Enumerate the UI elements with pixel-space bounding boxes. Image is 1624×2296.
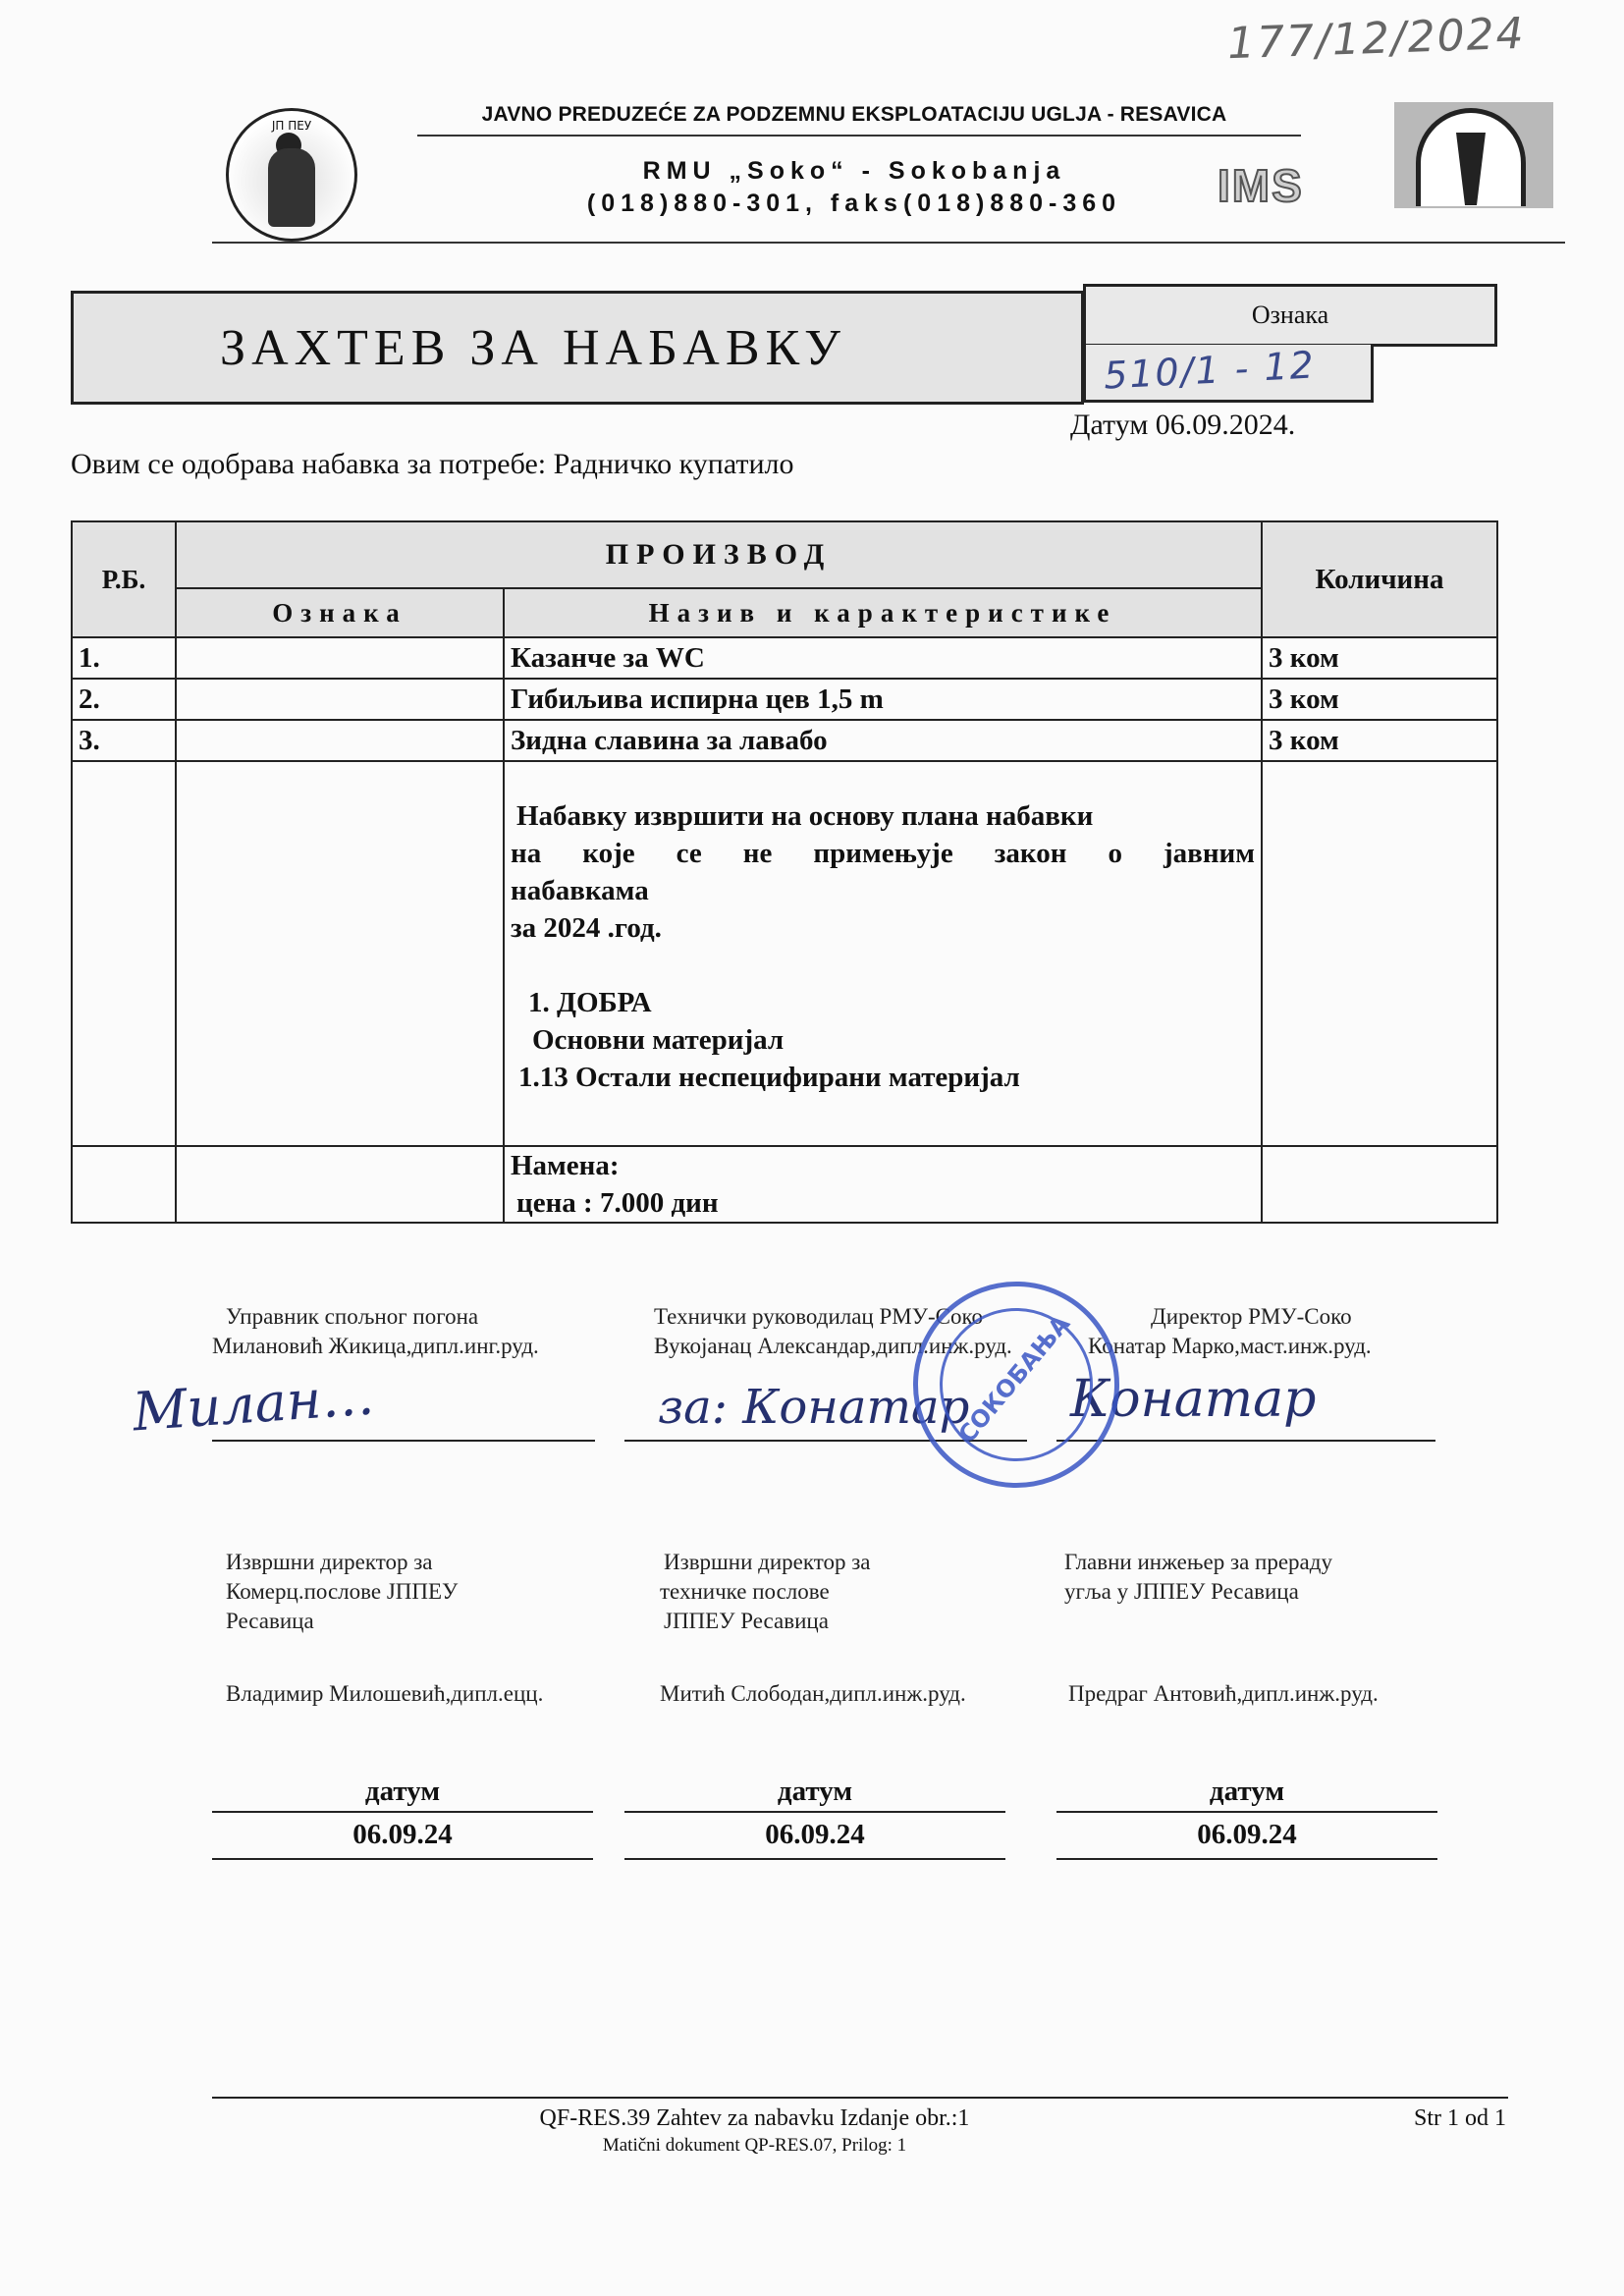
footer-divider: [212, 2097, 1508, 2099]
signatory-title: ЈППЕУ Ресавица: [660, 1607, 1053, 1636]
miner-figure-icon: [268, 148, 315, 227]
signatory-title: Управник спољног погона: [212, 1302, 585, 1332]
reference-label: Ознака: [1083, 284, 1497, 347]
column-header-name: Назив и карактеристике: [504, 588, 1262, 637]
signature-line: [212, 1440, 595, 1442]
empty-cell: [1262, 761, 1497, 1146]
signatory-name: Конатар Марко,маст.инж.руд.: [1088, 1332, 1481, 1361]
price: цена : 7.000 дин: [511, 1184, 1255, 1222]
note-line: набавкама: [511, 872, 1255, 909]
document-date: Датум 06.09.2024.: [1070, 409, 1295, 442]
row-code: [176, 720, 504, 761]
header-divider: [212, 242, 1565, 244]
signatory-name: Митић Слободан,дипл.инж.руд.: [660, 1679, 1053, 1709]
company-logo-miner: ЈП ПЕУ: [226, 108, 357, 242]
footer-form-id: QF-RES.39 Zahtev za nabavku Izdanje obr.…: [212, 2105, 1297, 2132]
signatory-1: Управник спољног погона Милановић Жикица…: [212, 1302, 585, 1361]
signatory-title: Ресавица: [226, 1607, 599, 1636]
signatory-4: Извршни директор за Комерц.послове ЈППЕУ…: [226, 1548, 599, 1709]
official-stamp: СОКОБАЊА: [884, 1252, 1148, 1516]
signature-line: [1056, 1440, 1435, 1442]
row-name: Зидна славина за лавабо: [504, 720, 1262, 761]
date-value: 06.09.24: [1056, 1813, 1437, 1858]
signatory-title: Извршни директор за: [660, 1548, 1053, 1577]
contact-phone: (018)880-301, faks(018)880-360: [422, 190, 1286, 218]
table-row: 1. Казанче за WC 3 ком: [72, 637, 1497, 679]
reference-value-box: 510/1 - 12: [1083, 345, 1374, 403]
signatory-name: Владимир Милошевић,дипл.ецц.: [226, 1679, 599, 1709]
reference-value: 510/1 - 12: [1103, 343, 1317, 397]
date-label: датум: [212, 1776, 593, 1811]
date-value: 06.09.24: [212, 1813, 593, 1858]
empty-cell: [176, 1146, 504, 1223]
table-purpose-row: Намена: цена : 7.000 дин: [72, 1146, 1497, 1223]
date-block-2: датум 06.09.24: [624, 1776, 1005, 1860]
ims-logo-text: IMS: [1218, 159, 1304, 212]
document-title-box: ЗАХТЕВ ЗА НАБАВКУ: [71, 291, 1084, 405]
signatory-3: Директор РМУ-Соко Конатар Марко,маст.инж…: [1088, 1302, 1481, 1361]
signatory-title: угља у ЈППЕУ Ресавица: [1064, 1577, 1477, 1607]
column-header-quantity: Количина: [1262, 521, 1497, 637]
signatory-title: техничке послове: [660, 1577, 1053, 1607]
procurement-items-table: Р.Б. ПРОИЗВОД Количина Ознака Назив и ка…: [71, 520, 1498, 1224]
purpose-label: Намена:: [511, 1147, 1255, 1184]
table-note-row: Набавку извршити на основу плана набавки…: [72, 761, 1497, 1146]
unit-name: RMU „Soko“ - Sokobanja: [422, 157, 1286, 186]
signatory-6: Главни инжењер за прераду угља у ЈППЕУ Р…: [1064, 1548, 1477, 1709]
note-line: 1.13 Остали неспецифирани материјал: [511, 1059, 1255, 1096]
note-line: на које се не примењује закон о јавним: [511, 835, 1255, 872]
row-quantity: 3 ком: [1262, 720, 1497, 761]
handwritten-reference-number: 177/12/2024: [1226, 9, 1526, 70]
column-header-product: ПРОИЗВОД: [176, 521, 1262, 588]
signatory-5: Извршни директор за техничке послове ЈПП…: [660, 1548, 1053, 1709]
date-label: датум: [1056, 1776, 1437, 1811]
table-row: 2. Гибиљива испирна цев 1,5 m 3 ком: [72, 679, 1497, 720]
row-code: [176, 679, 504, 720]
row-quantity: 3 ком: [1262, 637, 1497, 679]
note-line: 1. ДОБРА: [511, 984, 1255, 1021]
procurement-note: Набавку извршити на основу плана набавки…: [504, 761, 1262, 1146]
row-code: [176, 637, 504, 679]
table-row: 3. Зидна славина за лавабо 3 ком: [72, 720, 1497, 761]
row-quantity: 3 ком: [1262, 679, 1497, 720]
signatory-name: Милановић Жикица,дипл.инг.руд.: [212, 1332, 585, 1361]
date-label: датум: [624, 1776, 1005, 1811]
column-header-rb: Р.Б.: [72, 521, 176, 637]
page-number: Str 1 od 1: [1375, 2105, 1506, 2132]
empty-cell: [72, 1146, 176, 1223]
date-value: 06.09.24: [624, 1813, 1005, 1858]
row-name: Казанче за WC: [504, 637, 1262, 679]
purpose-cell: Намена: цена : 7.000 дин: [504, 1146, 1262, 1223]
signatory-name: Предраг Антовић,дипл.инж.руд.: [1064, 1679, 1477, 1709]
signatory-title: Комерц.послове ЈППЕУ: [226, 1577, 599, 1607]
row-number: 3.: [72, 720, 176, 761]
date-block-3: датум 06.09.24: [1056, 1776, 1437, 1860]
ims-logo: IMS: [1218, 102, 1553, 208]
empty-cell: [72, 761, 176, 1146]
signatory-title: Извршни директор за: [226, 1548, 599, 1577]
approval-statement: Овим се одобрава набавка за потребе: Рад…: [71, 448, 794, 481]
empty-cell: [176, 761, 504, 1146]
empty-cell: [1262, 1146, 1497, 1223]
ims-emblem-icon: [1394, 102, 1553, 208]
signatory-title: Главни инжењер за прераду: [1064, 1548, 1477, 1577]
note-line: Набавку извршити на основу плана набавки: [511, 797, 1255, 835]
signature-1: Милан…: [131, 1364, 376, 1443]
company-underline: [417, 135, 1301, 137]
company-name: JAVNO PREDUZEĆE ZA PODZEMNU EKSPLOATACIJ…: [422, 103, 1286, 127]
logo-text: ЈП ПЕУ: [229, 119, 354, 133]
note-line: Основни материјал: [511, 1021, 1255, 1059]
signatory-title: [1064, 1607, 1477, 1636]
column-header-code: Ознака: [176, 588, 504, 637]
signatory-title: Директор РМУ-Соко: [1088, 1302, 1481, 1332]
row-number: 1.: [72, 637, 176, 679]
footer-parent-doc: Matični dokument QP-RES.07, Prilog: 1: [212, 2135, 1297, 2157]
row-name: Гибиљива испирна цев 1,5 m: [504, 679, 1262, 720]
document-title: ЗАХТЕВ ЗА НАБАВКУ: [220, 319, 846, 377]
note-line: за 2024 .год.: [511, 909, 1255, 947]
row-number: 2.: [72, 679, 176, 720]
date-block-1: датум 06.09.24: [212, 1776, 593, 1860]
